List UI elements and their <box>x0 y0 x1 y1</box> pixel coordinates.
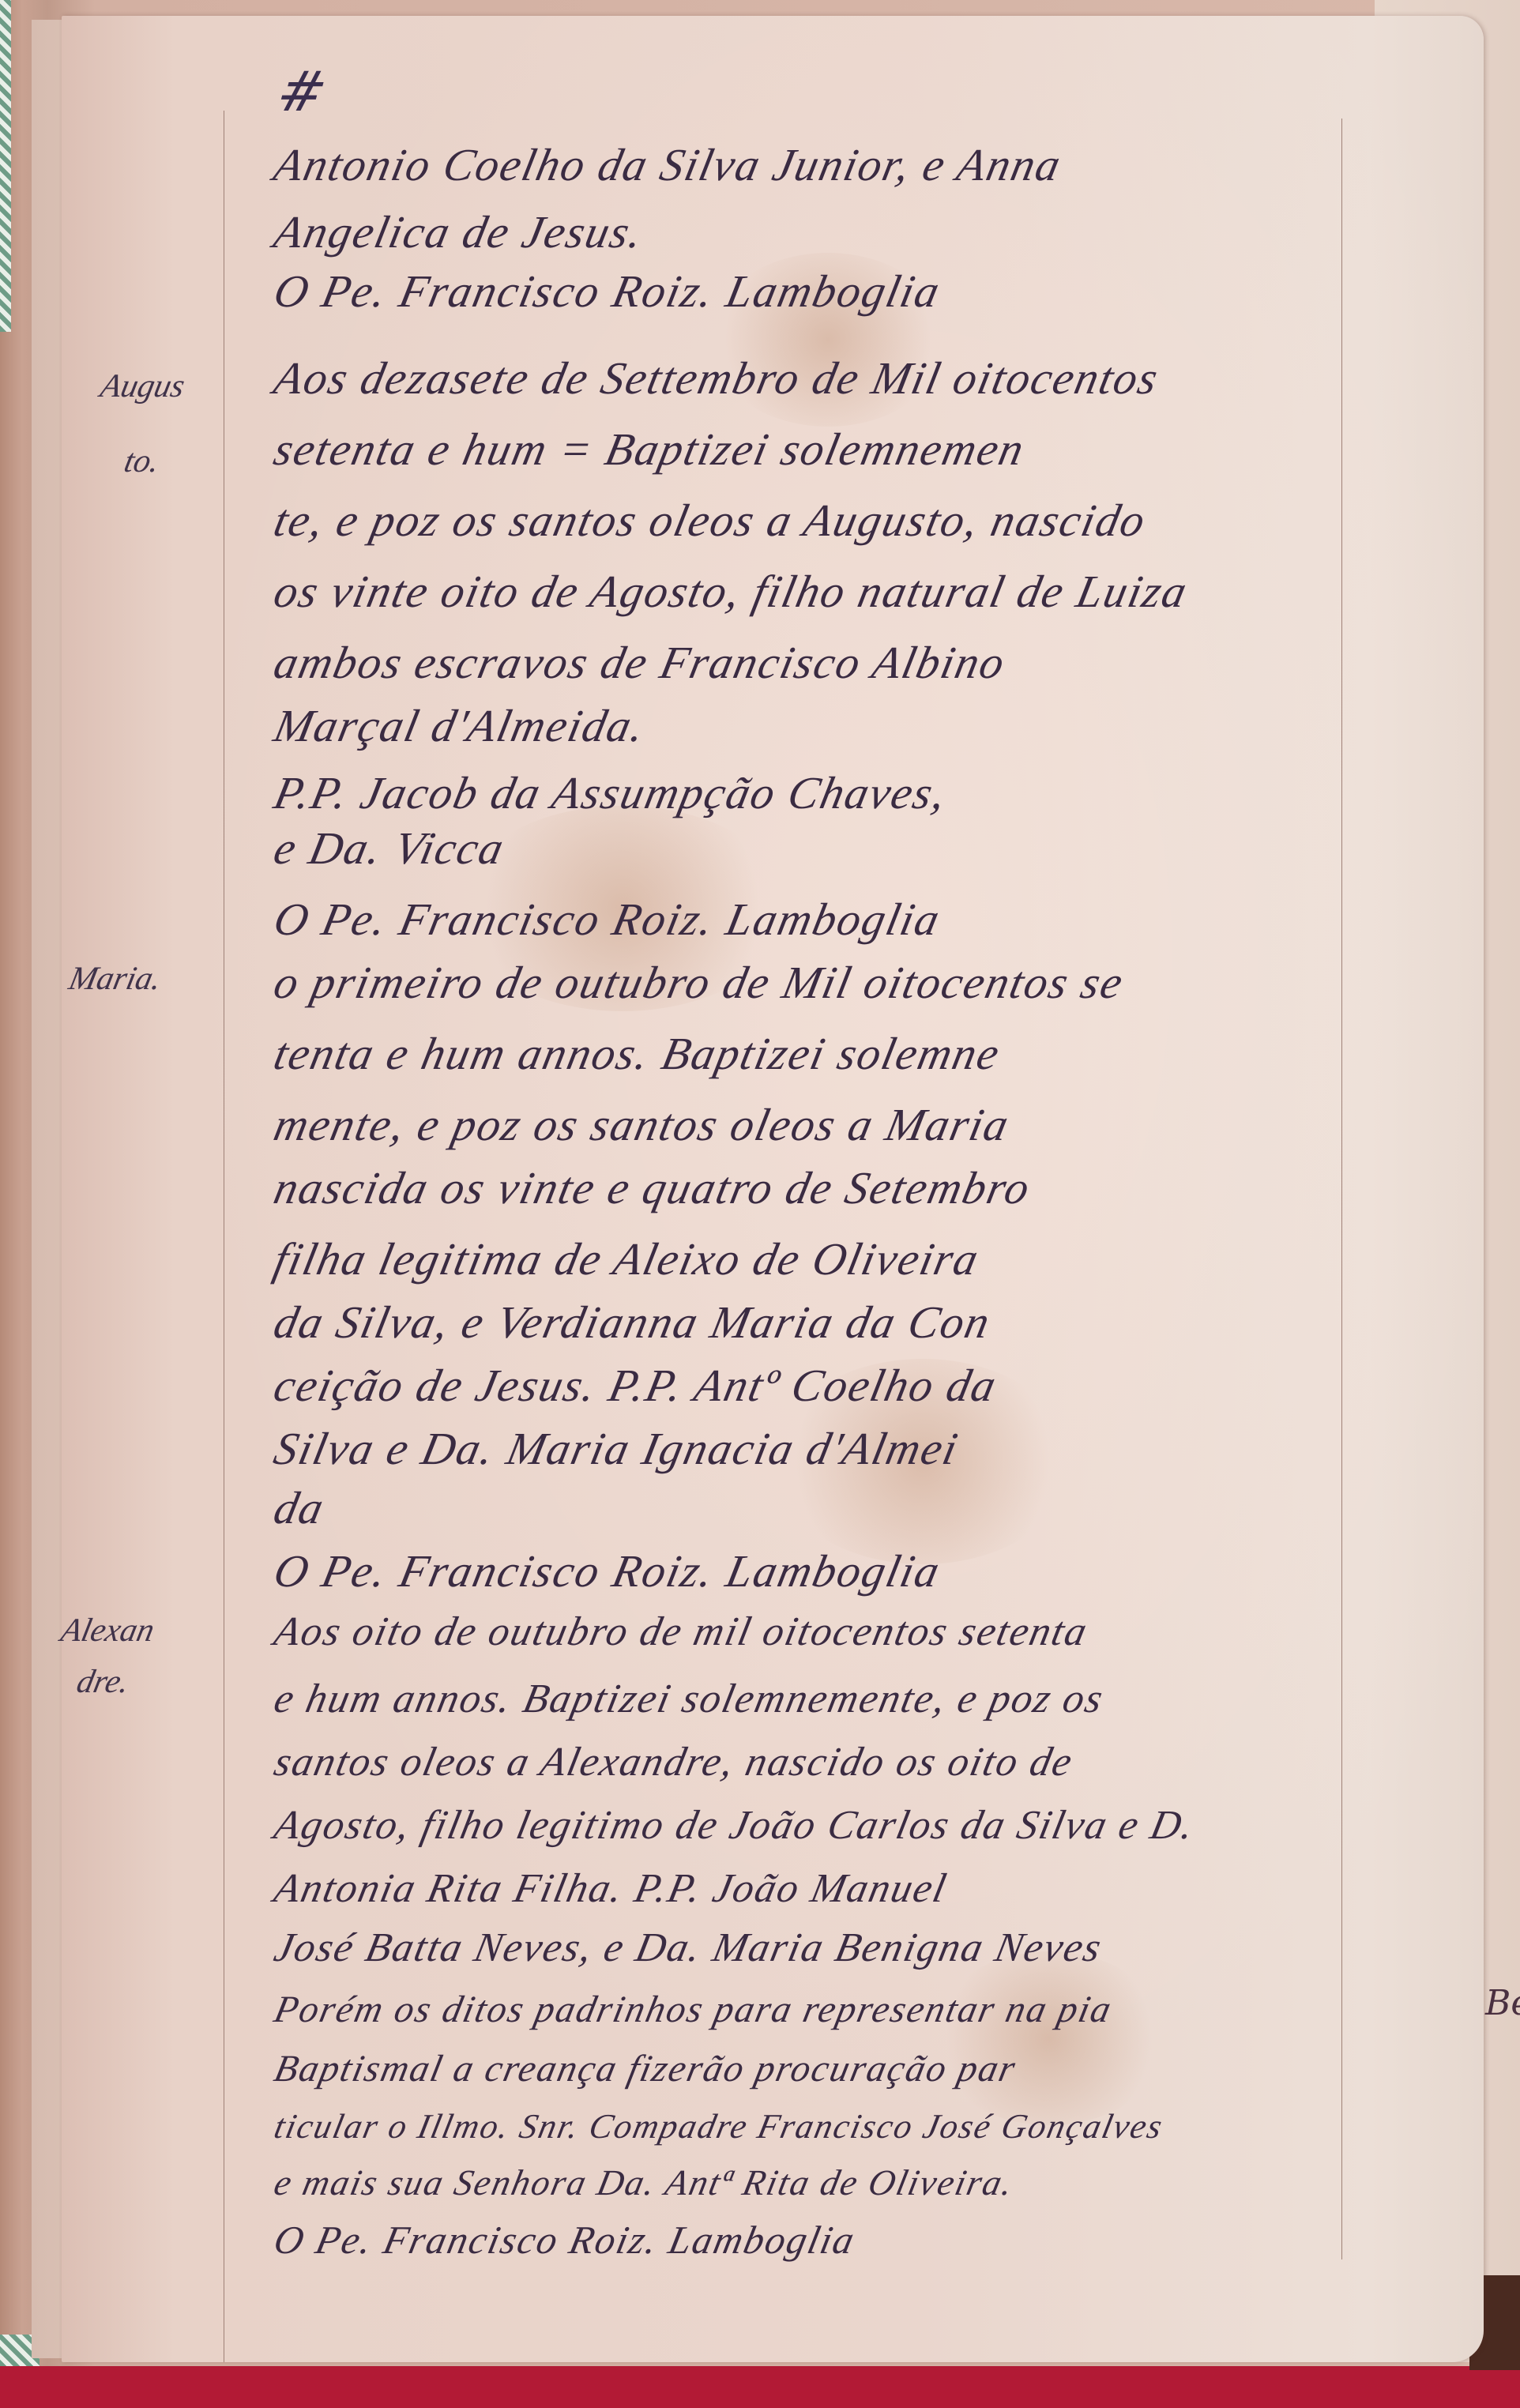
entry-line: santos oleos a Alexandre, nascido os oit… <box>270 1742 1077 1783</box>
entry-line: José Batta Neves, e Da. Maria Benigna Ne… <box>270 1928 1105 1969</box>
entry-line: Silva e Da. Maria Ignacia d'Almei <box>270 1426 963 1472</box>
entry-line: e Da. Vicca <box>270 826 509 871</box>
entry-line: nascida os vinte e quatro de Setembro <box>270 1165 1035 1211</box>
entry-line: O Pe. Francisco Roiz. Lamboglia <box>271 2220 860 2259</box>
manuscript-page: # Augus to. Antonio Coelho da Silva Juni… <box>62 16 1484 2362</box>
entry-line: Agosto, filho legitimo de João Carlos da… <box>270 1805 1198 1846</box>
margin-name: Maria. <box>66 960 165 998</box>
entry-line: da Silva, e Verdianna Maria da Con <box>270 1300 995 1345</box>
margin-name: Augus <box>97 367 188 405</box>
corner-mark: # <box>270 59 334 124</box>
margin-name: dre. <box>73 1663 133 1701</box>
entry-line: mente, e poz os santos oleos a Maria <box>270 1102 1014 1148</box>
entry-line: filha legitima de Aleixo de Oliveira <box>270 1236 984 1282</box>
entry-line: tenta e hum annos. Baptizei solemne <box>270 1031 1005 1077</box>
entry-line: o primeiro de outubro de Mil oitocentos … <box>270 960 1128 1006</box>
entry-line: Marçal d'Almeida. <box>270 703 650 749</box>
red-surface <box>0 2366 1520 2408</box>
entry-line: O Pe. Francisco Roiz. Lamboglia <box>270 897 945 943</box>
margin-name: Alexan <box>58 1612 158 1650</box>
entry-line: Antonia Rita Filha. P.P. João Manuel <box>270 1868 950 1909</box>
entry-line: P.P. Jacob da Assumpção Chaves, <box>270 770 951 816</box>
entry-line: ticular o Illmo. Snr. Compadre Francisco… <box>271 2109 1166 2144</box>
stain <box>931 1951 1168 2125</box>
entry-line: e hum annos. Baptizei solemnemente, e po… <box>270 1679 1107 1720</box>
entry-line: Aos oito de outubro de mil oitocentos se… <box>270 1612 1091 1653</box>
entry-line: Angelica de Jesus. <box>270 209 648 255</box>
entry-line: setenta e hum = Baptizei solemnemen <box>270 427 1029 472</box>
entry-line: Baptismal a creança fizerão procuração p… <box>271 2050 1020 2088</box>
entry-line: O Pe. Francisco Roiz. Lamboglia <box>270 1548 945 1594</box>
margin-rule-right <box>1341 119 1342 2259</box>
entry-line: te, e poz os santos oleos a Augusto, nas… <box>270 498 1150 544</box>
margin-rule-left <box>224 111 224 2362</box>
entry-line: ambos escravos de Francisco Albino <box>270 640 1010 686</box>
entry-line: os vinte oito de Agosto, filho natural d… <box>270 569 1192 615</box>
entry-line: Antonio Coelho da Silva Junior, e Anna <box>270 142 1066 188</box>
entry-line: da <box>270 1485 329 1531</box>
entry-line: Porém os ditos padrinhos para representa… <box>271 1991 1116 2029</box>
entry-line: e mais sua Senhora Da. Antª Rita de Oliv… <box>271 2165 1018 2201</box>
margin-name: to. <box>121 442 163 480</box>
entry-line: O Pe. Francisco Roiz. Lamboglia <box>270 269 945 314</box>
entry-line: ceição de Jesus. P.P. Antº Coelho da <box>270 1363 1001 1409</box>
cloth-edge <box>0 0 11 332</box>
entry-line: Aos dezasete de Settembro de Mil oitocen… <box>270 356 1163 401</box>
adjacent-page-text: Be <box>1485 1983 1520 2023</box>
